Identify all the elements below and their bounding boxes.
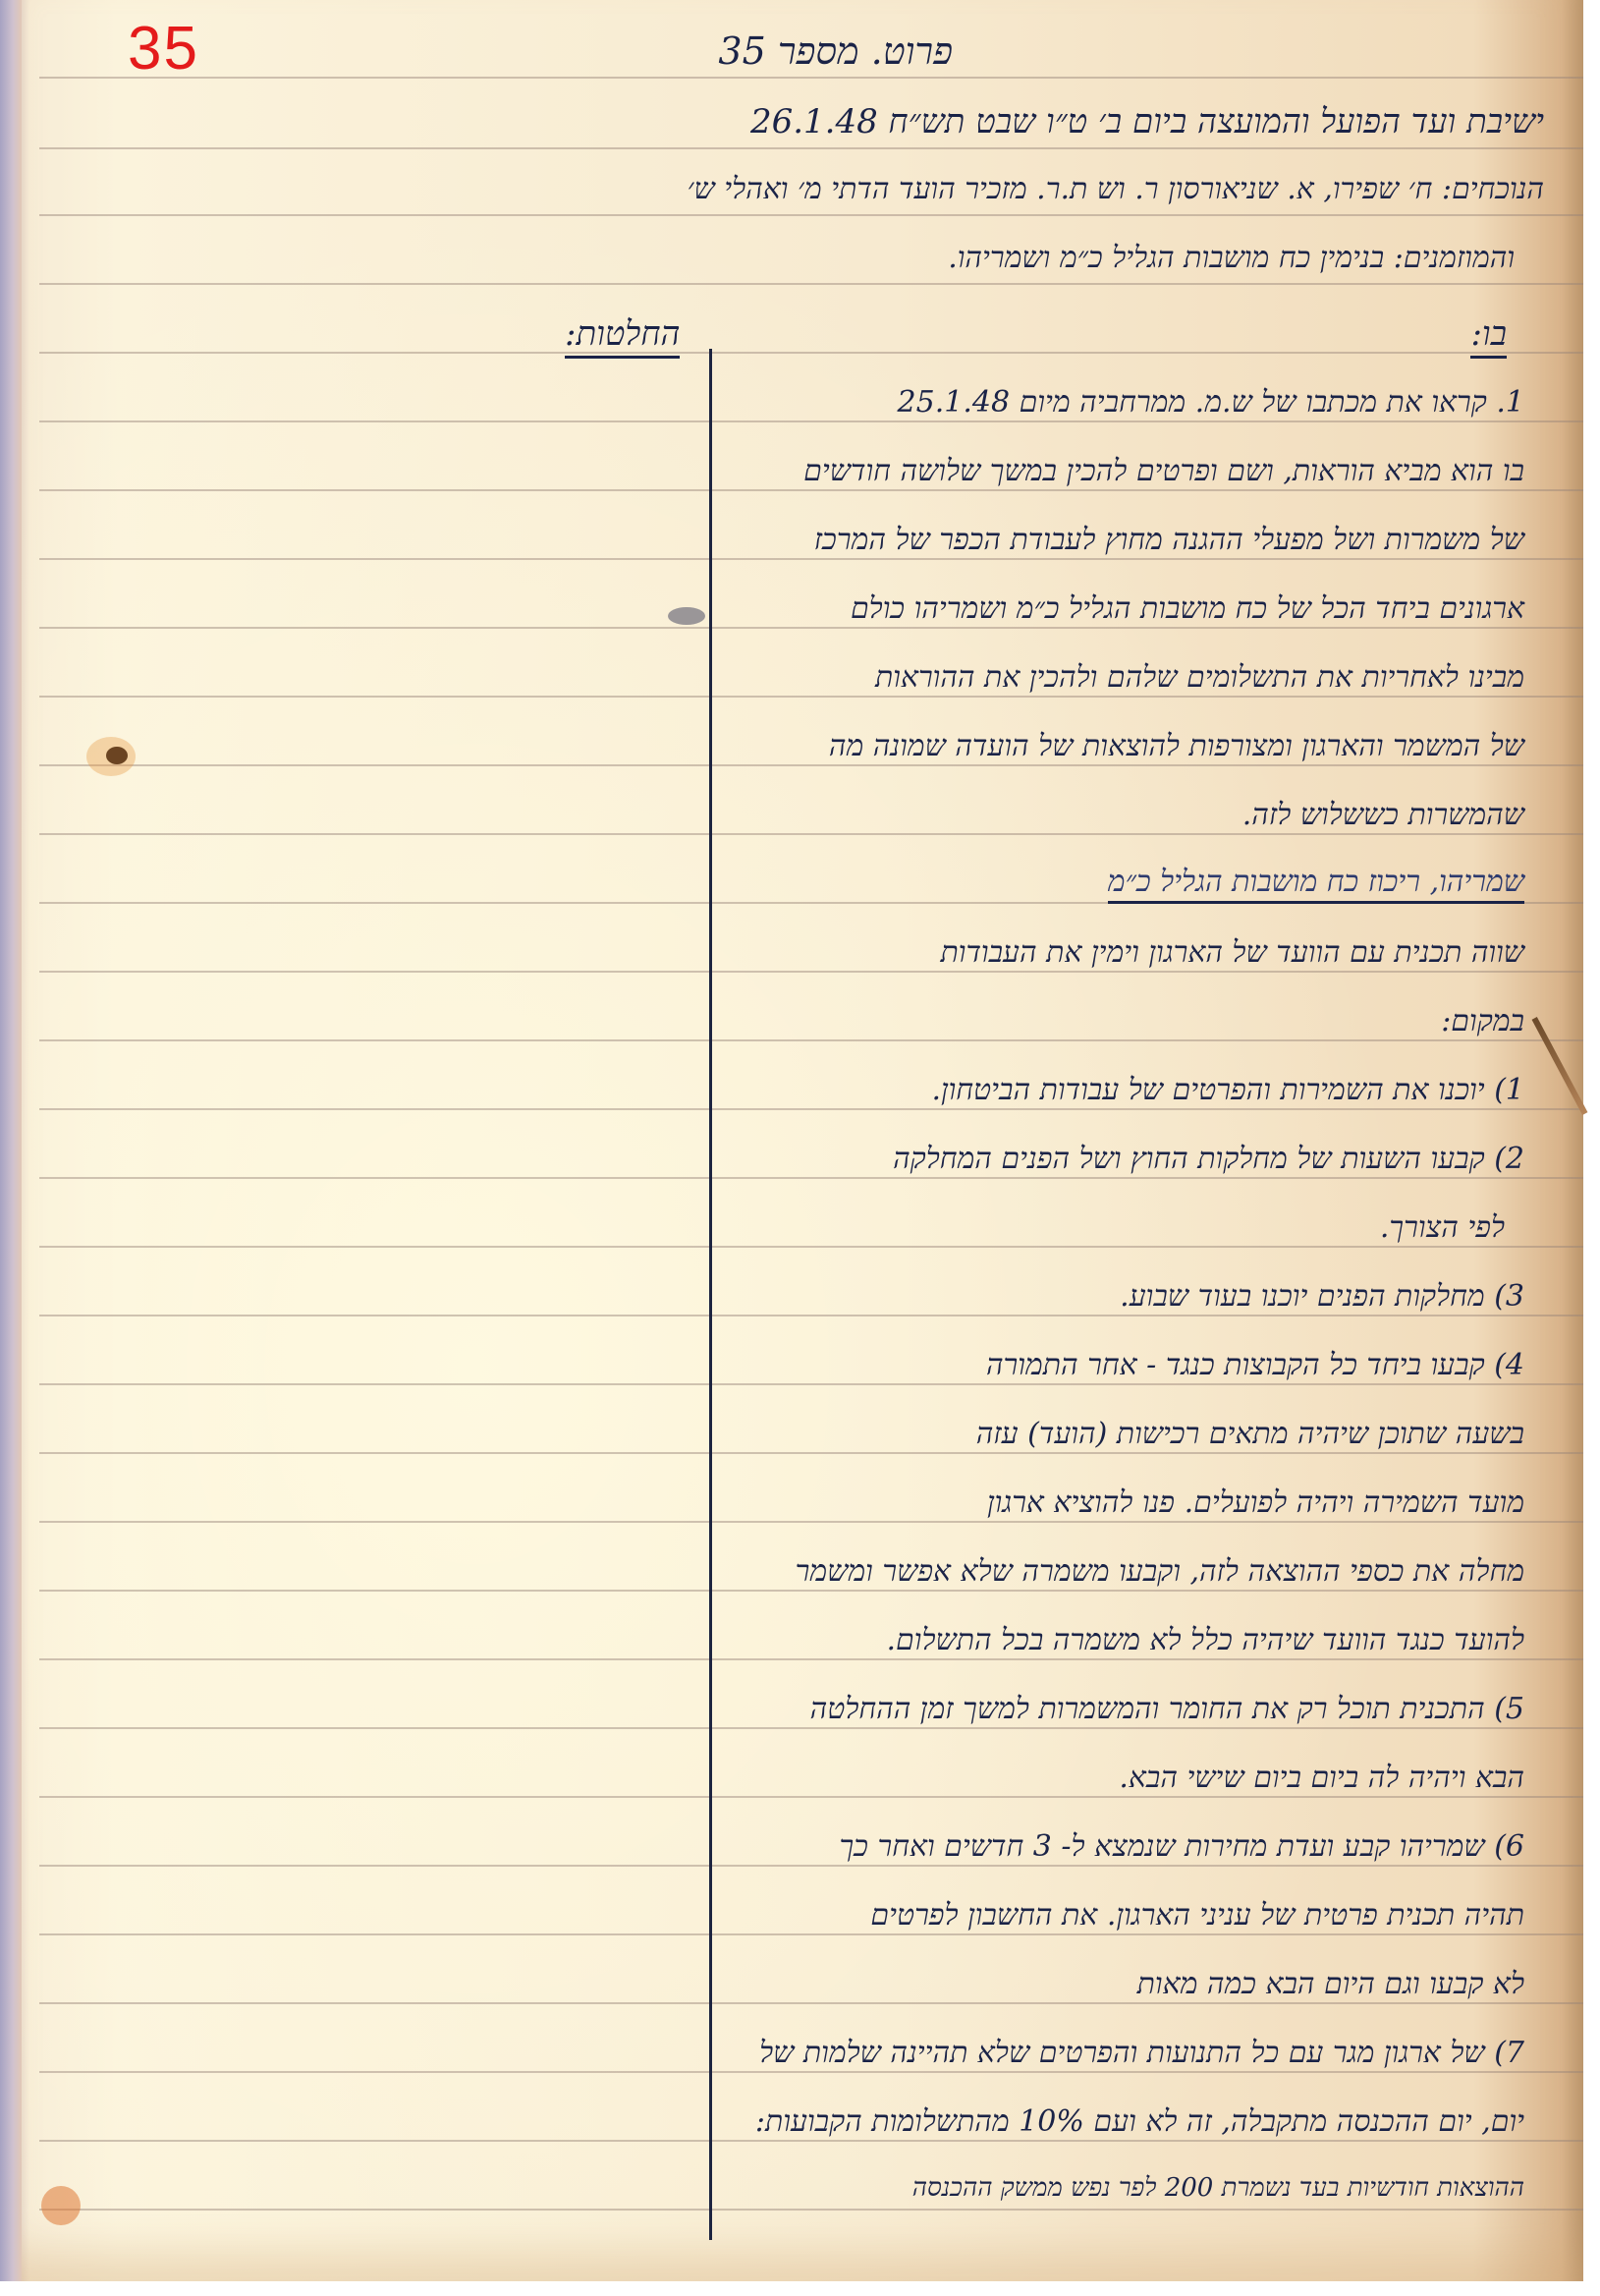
body-line: מועד השמירה ויהיה לפועלים. פנו להוציא אר… bbox=[719, 1485, 1524, 1520]
list-item: 5) התכנית תוכל רק את החומר והמשמרות למשך… bbox=[719, 1692, 1524, 1726]
body-line: שהמשרות כששלוש לזה. bbox=[719, 798, 1524, 832]
pencil-mark bbox=[1532, 1017, 1588, 1115]
body-line: של המשמר והארגון ומצורפות להוצאות של הוע… bbox=[719, 729, 1524, 763]
body-line: לפי הצורך. bbox=[699, 1210, 1505, 1245]
body-line: 1. קראו את מכתבו של ש.מ. ממרחביה מיום 25… bbox=[719, 385, 1524, 420]
body-line: הבא ויהיה לה ביום ביום שישי הבא. bbox=[719, 1761, 1524, 1795]
body-line: ארגונים ביחד הכל של כח מושבות הגליל כ״מ … bbox=[719, 591, 1524, 626]
ruled-line bbox=[39, 147, 1583, 149]
decisions-heading: החלטות: bbox=[565, 314, 680, 359]
ruled-line bbox=[39, 214, 1583, 216]
meeting-line: ישיבת ועד הפועל והמועצה ביום ב׳ ט״ו שבט … bbox=[287, 102, 1544, 141]
notebook-binding-edge bbox=[0, 0, 22, 2281]
body-line: בו הוא מביא הוראות, ושם ופרטים להכין במש… bbox=[719, 454, 1524, 488]
page-number-stamp: 35 bbox=[128, 14, 199, 84]
subsection-heading: שמריהו, ריכוז כח מושבות הגליל כ״מ bbox=[1108, 865, 1524, 904]
body-line: שווה תכנית עם הוועד של הארגון וימין את ה… bbox=[719, 935, 1524, 970]
body-line: בשעה שתוכן שיהיה מתאים רכישות (הועד) עזה bbox=[719, 1417, 1524, 1451]
invitees-line: והמוזמנים: בנימין כח מושבות הגליל כ״מ וש… bbox=[434, 241, 1515, 275]
protocol-title: פרוט. מספר 35 bbox=[727, 29, 953, 74]
decisions-column bbox=[39, 354, 707, 2240]
list-item: 4) קבעו ביחד כל הקבוצות כנגד - אחר התמור… bbox=[719, 1348, 1524, 1382]
body-line: מבינו לאחריות את התשלומים שלהם ולהכין את… bbox=[719, 660, 1524, 695]
body-line: מחלה את כספי ההוצאה לזה, וקבעו משמרה שלא… bbox=[719, 1554, 1524, 1589]
list-item: 2) קבעו השעות של מחלקות החוץ ושל הפנים ה… bbox=[719, 1142, 1524, 1176]
body-line: תהיה תכנית פרטית של עניני הארגון. את החש… bbox=[719, 1898, 1524, 1932]
ruled-line bbox=[39, 283, 1583, 285]
body-line: במקום: bbox=[719, 1004, 1524, 1038]
list-item: 3) מחלקות הפנים יוכנו בעוד שבוע. bbox=[719, 1279, 1524, 1314]
ruled-line bbox=[39, 77, 1583, 79]
body-line: של משמרות ושל מפעלי ההגנה מחוץ לעבודת הכ… bbox=[719, 523, 1524, 557]
body-line: יום, יום ההכנסה מתקבלה, זה לא ועם 10% מה… bbox=[719, 2104, 1524, 2139]
list-item: 7) של ארגון מגר עם כל התנועות והפרטים של… bbox=[719, 2036, 1524, 2070]
notebook-page: 35 פרוט. מספר 35 ישיבת ועד הפועל והמועצה… bbox=[0, 0, 1583, 2281]
list-item: 1) יוכנו את השמירות והפרטים של עבודות הב… bbox=[719, 1073, 1524, 1107]
body-line: ההוצאות חודשיות בעד נשמרת 200 לפר נפש ממ… bbox=[719, 2173, 1524, 2203]
body-line: לא קבעו וגם היום הבא כמה מאות bbox=[719, 1967, 1524, 2001]
list-item: 6) שמריהו קבע ועדת מחירות שנמצא ל- 3 חדש… bbox=[719, 1829, 1524, 1864]
agenda-heading: בו: bbox=[1470, 314, 1507, 359]
column-divider bbox=[709, 349, 712, 2240]
body-line: להועד כנגד הוועד שיהיה כלל לא משמרה בכל … bbox=[719, 1623, 1524, 1657]
attendees-line: הנוכחים: ח׳ שפירו, א. שניאורסון ר. וש ת.… bbox=[287, 172, 1544, 206]
